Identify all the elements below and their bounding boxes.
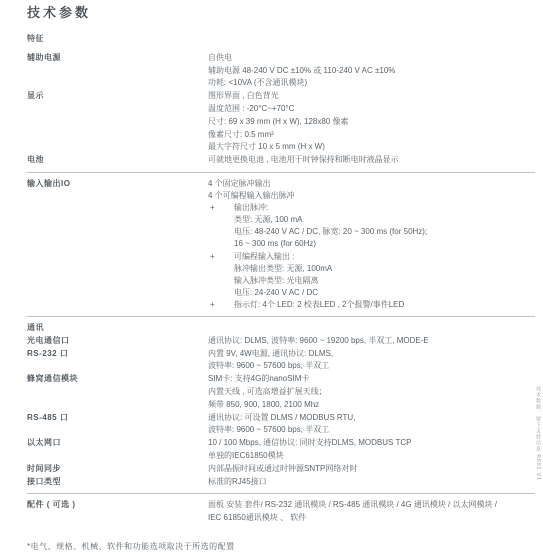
spec-value-line: +指示灯: 4个 LED: 2 校表LED , 2个报警/事件LED [208,299,535,311]
spec-row-optical-port: 光电通信口 通讯协议: DLMS, 波特率: 9600 ~ 19200 bps,… [27,335,535,348]
spec-label: 配件 ( 可选 ) [27,499,208,512]
spec-value-line: 温度范围 : -20°C~+70°C [208,103,535,116]
spec-value-line: IEC 61850通讯模块 、 软件 [208,512,535,525]
section-header-features: 特征 [27,33,535,46]
bullet-icon: + [210,202,215,214]
spec-row-interface-type: 接口类型 标准的RJ45接口 [27,476,535,489]
spec-value: 图形界面 , 白色背光 温度范围 : -20°C~+70°C 尺寸: 69 x … [208,90,535,154]
spec-value-line: +可编程输入输出 : [208,251,535,263]
datasheet-page: 技术参数 特征 辅助电源 自供电 辅助电源 48-240 V DC ±10% 或… [0,0,543,560]
spec-value: 内部晶振时间或通过时钟源SNTP网络对时 [208,463,535,476]
spec-value-line: 脉冲输出类型: 无源, 100mA [208,263,535,275]
spec-label: 蜂窝通信模块 [27,373,208,386]
spec-label: 输入输出IO [27,178,208,191]
spec-value: 10 / 100 Mbps, 通信协议: 同时支持DLMS, MODBUS TC… [208,437,535,463]
spec-value-line: SIM卡: 支持4G的nanoSIM卡 [208,373,535,386]
page-title: 技术参数 [27,2,91,21]
spec-value-line: 面板 安装 套件/ RS-232 通讯模块 / RS-485 通讯模块 / 4G… [208,499,535,512]
spec-value-line: 辅助电源 48-240 V DC ±10% 或 110-240 V AC ±10… [208,65,535,78]
spec-row-ethernet: 以太网口 10 / 100 Mbps, 通信协议: 同时支持DLMS, MODB… [27,437,535,463]
spec-row-accessories: 配件 ( 可选 ) 面板 安装 套件/ RS-232 通讯模块 / RS-485… [27,499,535,525]
spec-table: 特征 辅助电源 自供电 辅助电源 48-240 V DC ±10% 或 110-… [27,33,535,554]
spec-value-line: 标准的RJ45接口 [208,476,535,489]
spec-value-line: 图形界面 , 白色背光 [208,90,535,103]
spec-value-line: 输入脉冲类型: 光电隔离 [208,275,535,287]
spec-label: RS-485 口 [27,412,208,425]
spec-value-line: 频带 850, 900, 1800, 2100 Mhz [208,399,535,412]
divider [27,493,535,494]
spec-value-line: 通讯协议: DLMS, 波特率: 9600 ~ 19200 bps, 半双工, … [208,335,535,348]
spec-value-line: 通讯协议: 可设置 DLMS / MODBUS RTU, [208,412,535,425]
bullet-icon: + [210,251,215,263]
spec-label: 电池 [27,154,208,167]
spec-value-line: 电压: 24-240 V AC / DC [208,287,535,299]
side-note: 技术数据，留下支持信息 R601 V1 [535,386,542,481]
spec-value-line: +输出脉冲: [208,202,535,214]
spec-value: 内置 9V, 4W电源, 通讯协议: DLMS, 波特率: 9600 ~ 576… [208,348,535,374]
spec-value-line: 功耗: <10VA (不含通讯模块) [208,77,535,90]
spec-value-line: 内部晶振时间或通过时钟源SNTP网络对时 [208,463,535,476]
spec-label: RS-232 口 [27,348,208,361]
divider [27,172,535,173]
spec-row-io: 输入输出IO 4 个固定脉冲输出 4 个可编程输入输出脉冲 +输出脉冲: 类型:… [27,178,535,311]
spec-value-line: 内置天线 , 可选高增益扩展天线； [208,386,535,399]
spec-value: 自供电 辅助电源 48-240 V DC ±10% 或 110-240 V AC… [208,52,535,90]
spec-value-text: 指示灯: 4个 LED: 2 校表LED , 2个报警/事件LED [234,300,404,309]
spec-row-time-sync: 时间同步 内部晶振时间或通过时钟源SNTP网络对时 [27,463,535,476]
spec-value: 通讯协议: 可设置 DLMS / MODBUS RTU, 波特率: 9600 ~… [208,412,535,438]
spec-value: 标准的RJ45接口 [208,476,535,489]
spec-row-aux-power: 辅助电源 自供电 辅助电源 48-240 V DC ±10% 或 110-240… [27,52,535,90]
spec-row-rs485: RS-485 口 通讯协议: 可设置 DLMS / MODBUS RTU, 波特… [27,412,535,438]
spec-row-cellular-module: 蜂窝通信模块 SIM卡: 支持4G的nanoSIM卡 内置天线 , 可选高增益扩… [27,373,535,411]
bullet-icon: + [210,299,215,311]
spec-value-line: 4 个固定脉冲输出 [208,178,535,190]
spec-value-line: 自供电 [208,52,535,65]
spec-value-line: 单独的IEC61850模块 [208,450,535,463]
spec-value-line: 4 个可编程输入输出脉冲 [208,190,535,202]
spec-value-line: 波特率: 9600 ~ 57600 bps, 半双工 [208,360,535,373]
section-header-communication: 通讯 [27,322,535,335]
spec-value: 通讯协议: DLMS, 波特率: 9600 ~ 19200 bps, 半双工, … [208,335,535,348]
spec-value-line: 16 ~ 300 ms (for 60Hz) [208,238,535,250]
spec-value-line: 波特率: 9600 ~ 57600 bps, 半双工 [208,424,535,437]
spec-label: 时间同步 [27,463,208,476]
spec-value-line: 类型: 无源, 100 mA [208,214,535,226]
spec-value-line: 电压: 48-240 V AC / DC, 脉宽: 20 ~ 300 ms (f… [208,226,535,238]
spec-value-line: 像素尺寸: 0.5 mm² [208,129,535,142]
spec-value-text: 输出脉冲: [234,203,268,212]
footnote: *电气、规格、机械、软件和功能选项取决于所选的配置 [27,541,535,554]
spec-value: 面板 安装 套件/ RS-232 通讯模块 / RS-485 通讯模块 / 4G… [208,499,535,525]
spec-label: 接口类型 [27,476,208,489]
spec-value: 4 个固定脉冲输出 4 个可编程输入输出脉冲 +输出脉冲: 类型: 无源, 10… [208,178,535,311]
spec-row-battery: 电池 可就地更换电池 , 电池用于时钟保持和断电时液晶显示 [27,154,535,167]
divider [27,316,535,317]
spec-value-text: 可编程输入输出 : [234,252,294,261]
spec-value-line: 最大字符尺寸 10 x 5 mm (H x W) [208,141,535,154]
spec-value: SIM卡: 支持4G的nanoSIM卡 内置天线 , 可选高增益扩展天线； 频带… [208,373,535,411]
spec-value-line: 尺寸: 69 x 39 mm (H x W), 128x80 像素 [208,116,535,129]
spec-row-rs232: RS-232 口 内置 9V, 4W电源, 通讯协议: DLMS, 波特率: 9… [27,348,535,374]
spec-value: 可就地更换电池 , 电池用于时钟保持和断电时液晶显示 [208,154,535,167]
spec-value-line: 10 / 100 Mbps, 通信协议: 同时支持DLMS, MODBUS TC… [208,437,535,450]
spec-value-line: 内置 9V, 4W电源, 通讯协议: DLMS, [208,348,535,361]
spec-label: 辅助电源 [27,52,208,65]
spec-row-display: 显示 图形界面 , 白色背光 温度范围 : -20°C~+70°C 尺寸: 69… [27,90,535,154]
spec-label: 光电通信口 [27,335,208,348]
spec-label: 显示 [27,90,208,103]
spec-label: 以太网口 [27,437,208,450]
spec-value-line: 可就地更换电池 , 电池用于时钟保持和断电时液晶显示 [208,154,535,167]
